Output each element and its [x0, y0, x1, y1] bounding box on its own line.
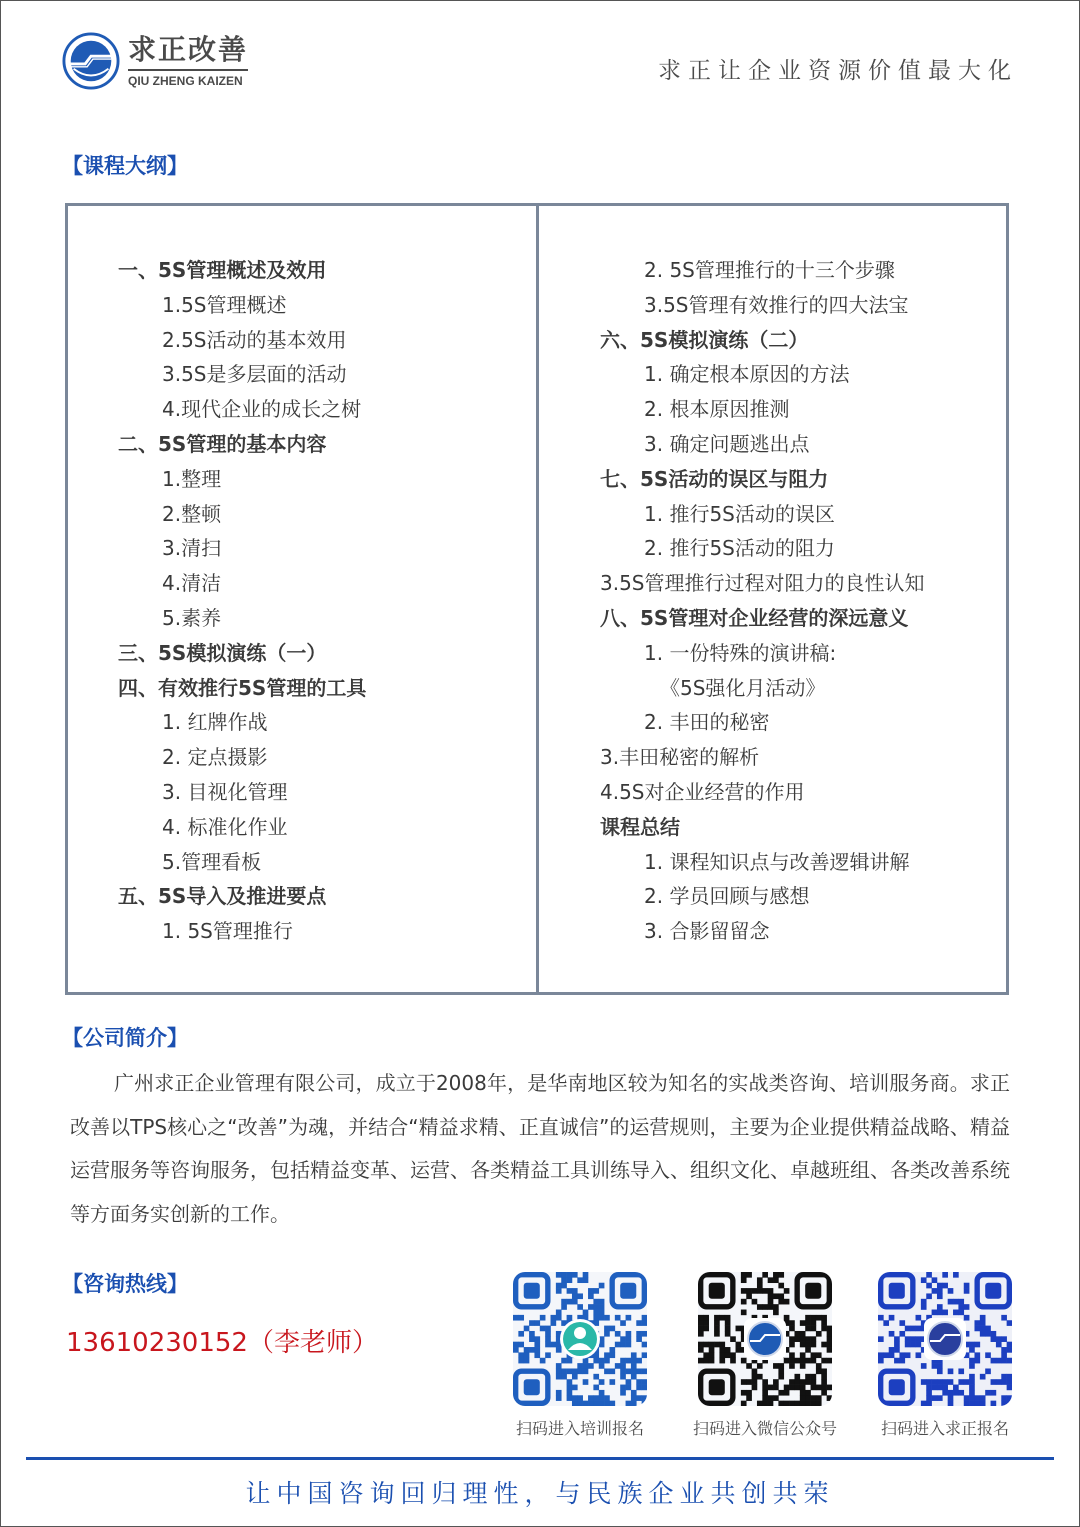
outline-item: 2.5S活动的基本效用: [118, 323, 366, 358]
outline-item: 1. 推行5S活动的误区: [600, 497, 925, 532]
outline-item: 5.素养: [118, 601, 366, 636]
outline-item: 3.丰田秘密的解析: [600, 740, 925, 775]
outline-heading: 五、5S导入及推进要点: [118, 879, 366, 914]
outline-right-column: 2. 5S管理推行的十三个步骤3.5S管理有效推行的四大法宝六、5S模拟演练（二…: [600, 253, 925, 949]
outline-item: 3.清扫: [118, 531, 366, 566]
outline-item: 2. 丰田的秘密: [600, 705, 925, 740]
header-slogan: 求正让企业资源价值最大化: [658, 52, 1018, 85]
outline-heading: 课程总结: [600, 810, 925, 845]
outline-item: 3. 合影留留念: [600, 914, 925, 949]
footer-slogan: 让中国咨询回归理性，与民族企业共创共荣: [0, 1474, 1080, 1510]
outline-item: 1.整理: [118, 462, 366, 497]
outline-item: 4.清洁: [118, 566, 366, 601]
qr-code-icon[interactable]: [878, 1272, 1012, 1406]
qr-code-icon[interactable]: [698, 1272, 832, 1406]
outline-heading: 二、5S管理的基本内容: [118, 427, 366, 462]
outline-left-column: 一、5S管理概述及效用1.5S管理概述2.5S活动的基本效用3.5S是多层面的活…: [118, 253, 366, 949]
company-logo: 求正改善 QIU ZHENG KAIZEN: [62, 32, 248, 90]
qr-training-signup[interactable]: 扫码进入培训报名: [495, 1272, 665, 1439]
outline-item: 3.5S管理推行过程对阻力的良性认知: [600, 566, 925, 601]
outline-item: 5.管理看板: [118, 845, 366, 880]
outline-item: 1. 红牌作战: [118, 705, 366, 740]
outline-item: 2. 根本原因推测: [600, 392, 925, 427]
qr-label: 扫码进入培训报名: [495, 1416, 665, 1439]
outline-item: 3. 确定问题逃出点: [600, 427, 925, 462]
outline-heading: 六、5S模拟演练（二）: [600, 323, 925, 358]
qr-label: 扫码进入微信公众号: [680, 1416, 850, 1439]
outline-title: 【课程大纲】: [62, 150, 188, 180]
outline-item: 1. 课程知识点与改善逻辑讲解: [600, 845, 925, 880]
qr-code-icon[interactable]: [513, 1272, 647, 1406]
hotline-title: 【咨询热线】: [62, 1268, 188, 1298]
outline-item: 2. 5S管理推行的十三个步骤: [600, 253, 925, 288]
outline-item: 2. 学员回顾与感想: [600, 879, 925, 914]
outline-item: 1. 确定根本原因的方法: [600, 357, 925, 392]
outline-heading: 四、有效推行5S管理的工具: [118, 671, 366, 706]
outline-heading: 八、5S管理对企业经营的深远意义: [600, 601, 925, 636]
outline-heading: 七、5S活动的误区与阻力: [600, 462, 925, 497]
outline-item: 1. 5S管理推行: [118, 914, 366, 949]
outline-item: 1.5S管理概述: [118, 288, 366, 323]
outline-item: 4. 标准化作业: [118, 810, 366, 845]
outline-item: 2. 定点摄影: [118, 740, 366, 775]
outline-item: 3.5S是多层面的活动: [118, 357, 366, 392]
logo-chinese-name: 求正改善: [128, 35, 248, 71]
outline-item: 4.现代企业的成长之树: [118, 392, 366, 427]
outline-item: 3.5S管理有效推行的四大法宝: [600, 288, 925, 323]
hotline-number[interactable]: 13610230152（李老师）: [66, 1322, 378, 1359]
outline-item: 3. 目视化管理: [118, 775, 366, 810]
outline-item: 4.5S对企业经营的作用: [600, 775, 925, 810]
company-title: 【公司简介】: [62, 1022, 188, 1052]
outline-heading: 三、5S模拟演练（一）: [118, 636, 366, 671]
footer-divider: [26, 1457, 1054, 1460]
logo-english-name: QIU ZHENG KAIZEN: [128, 74, 248, 88]
qr-wechat-official[interactable]: 扫码进入微信公众号: [680, 1272, 850, 1439]
outline-heading: 一、5S管理概述及效用: [118, 253, 366, 288]
outline-column-divider: [536, 203, 539, 995]
outline-item: 1. 一份特殊的演讲稿:: [600, 636, 925, 671]
outline-item: 2.整顿: [118, 497, 366, 532]
company-intro: 广州求正企业管理有限公司，成立于2008年，是华南地区较为知名的实战类咨询、培训…: [70, 1062, 1010, 1236]
outline-item: 2. 推行5S活动的阻力: [600, 531, 925, 566]
qr-label: 扫码进入求正报名: [860, 1416, 1030, 1439]
logo-emblem-icon: [62, 32, 120, 90]
outline-item: 《5S强化月活动》: [600, 671, 925, 706]
qr-qiuzheng-signup[interactable]: 扫码进入求正报名: [860, 1272, 1030, 1439]
